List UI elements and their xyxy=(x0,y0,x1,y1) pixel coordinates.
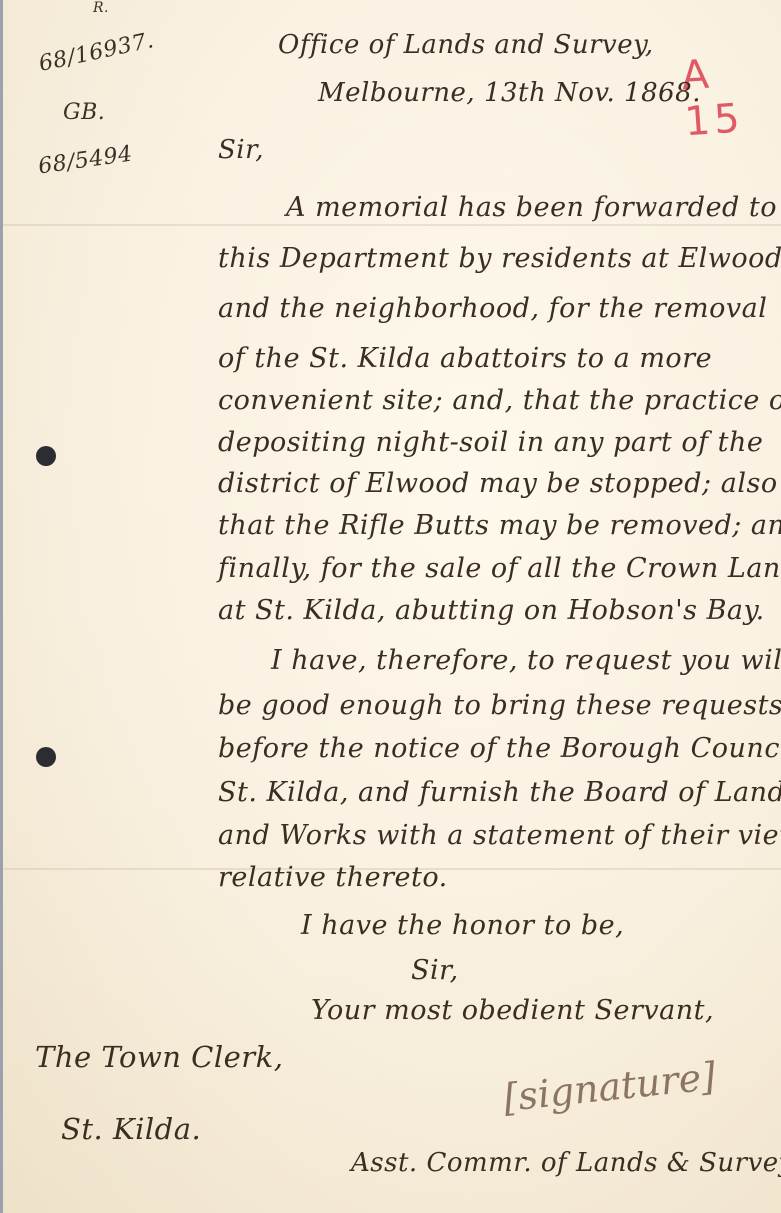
body-line: depositing night-soil in any part of the xyxy=(218,427,763,458)
body-line: that the Rifle Butts may be removed; and… xyxy=(218,510,781,541)
body-line: convenient site; and, that the practice … xyxy=(218,385,781,416)
punch-hole xyxy=(36,747,56,767)
body-line: I have, therefore, to request you will xyxy=(271,645,781,676)
ref-r-mark: R. xyxy=(93,0,109,16)
office-heading: Office of Lands and Survey, xyxy=(278,30,654,60)
body-line: St. Kilda, and furnish the Board of Land xyxy=(218,777,781,808)
paper-fold-line xyxy=(3,224,781,226)
addressee-line-1: The Town Clerk, xyxy=(35,1040,283,1074)
signatory-title: Asst. Commr. of Lands & Survey. xyxy=(351,1148,781,1178)
body-line: of the St. Kilda abattoirs to a more xyxy=(218,343,712,374)
body-line: A memorial has been forwarded to xyxy=(286,192,777,223)
reference-number-2: 68/5494 xyxy=(37,142,134,180)
body-line: at St. Kilda, abutting on Hobson's Bay. xyxy=(218,595,765,626)
body-line: and Works with a statement of their view… xyxy=(218,820,781,851)
place-and-date: Melbourne, 13th Nov. 1868. xyxy=(318,78,701,108)
body-line: this Department by residents at Elwood - xyxy=(218,243,781,274)
signature: [signature] xyxy=(501,1054,718,1120)
body-line: before the notice of the Borough Council… xyxy=(218,733,781,764)
body-line: be good enough to bring these requests xyxy=(218,690,781,721)
body-line: district of Elwood may be stopped; also xyxy=(218,468,778,499)
punch-hole xyxy=(36,446,56,466)
reference-number-1: 68/16937. xyxy=(37,28,157,77)
reference-initials: GB. xyxy=(63,100,105,125)
closing-line-1: I have the honor to be, xyxy=(301,910,624,941)
addressee-line-2: St. Kilda. xyxy=(61,1112,201,1146)
body-line: and the neighborhood, for the removal xyxy=(218,293,767,324)
body-line: finally, for the sale of all the Crown L… xyxy=(218,553,781,584)
closing-line-2: Sir, xyxy=(411,955,459,986)
closing-line-3: Your most obedient Servant, xyxy=(311,995,714,1026)
salutation: Sir, xyxy=(218,135,264,165)
letter-page: R. 68/16937. GB. 68/5494 A 15 Office of … xyxy=(0,0,781,1213)
body-line: relative thereto. xyxy=(218,862,448,893)
